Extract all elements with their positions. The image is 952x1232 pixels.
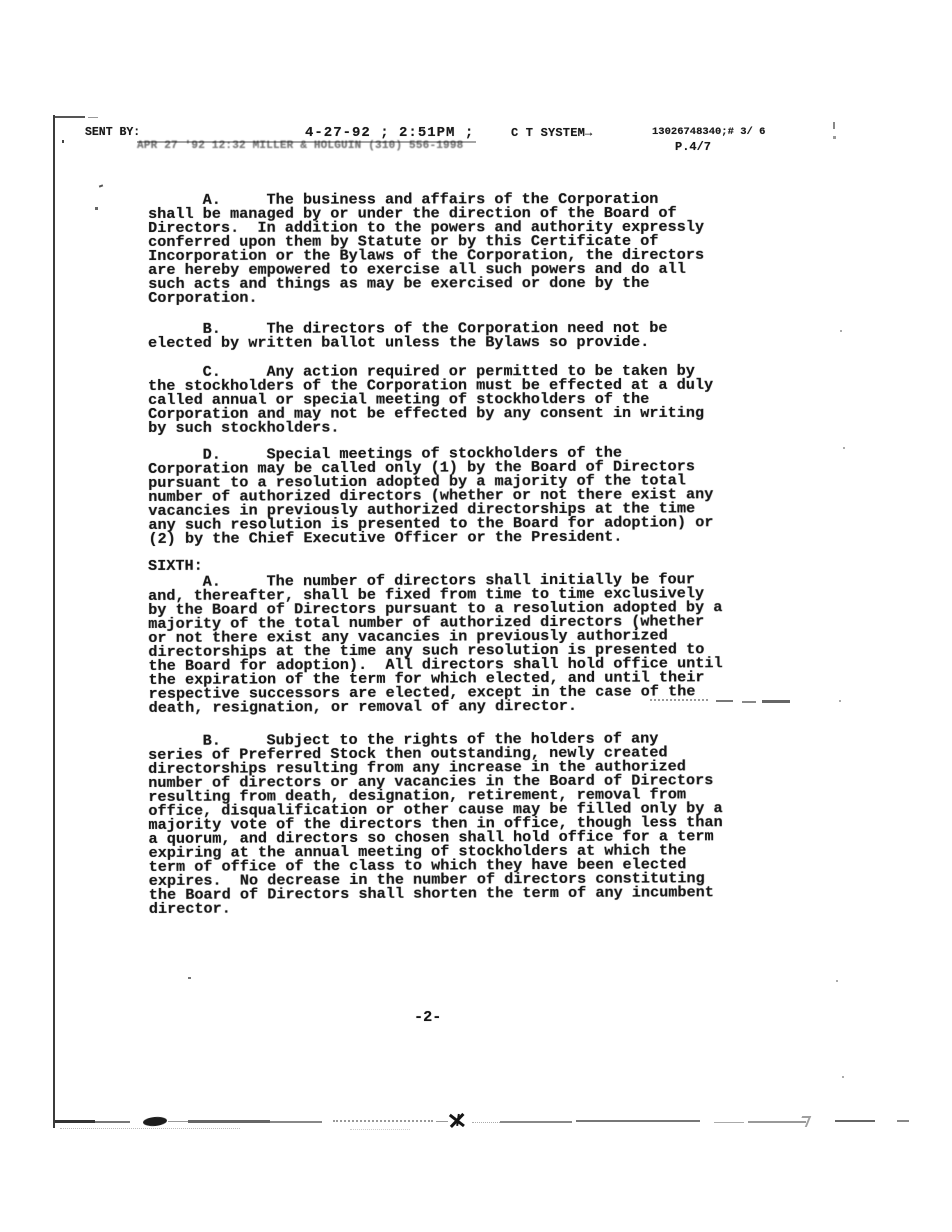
scan-speck [99,184,103,187]
article-sixth-heading: SIXTH: [148,559,203,573]
scan-bottom-line-segment [55,1120,95,1123]
scan-bottom-line-segment [95,1121,130,1123]
fax-sent-by-label: SENT BY: [85,126,140,139]
scan-bottom-line-segment [188,1120,270,1123]
paragraph-fifth-c: C. Any action required or permitted to b… [148,364,713,435]
scan-bottom-line-segment [714,1122,744,1123]
paragraph-sixth-b: B. Subject to the rights of the holders … [148,731,723,916]
paragraph-fifth-a: A. The business and affairs of the Corpo… [148,192,704,305]
ink-smudge-cross [448,1112,468,1128]
paragraph-fifth-b: B. The directors of the Corporation need… [148,321,668,350]
scan-dash-trail [742,701,756,703]
scan-speck [833,122,835,129]
scan-bottom-line-segment [576,1120,700,1122]
scan-left-edge-line [53,115,55,1128]
scan-speck [88,117,98,118]
paragraph-sixth-a: A. The number of directors shall initial… [148,572,723,715]
scan-dash-trail [650,699,708,701]
fax-number-page-count: 13026748340;# 3/ 6 [652,126,765,138]
scan-bottom-line-segment [835,1120,875,1122]
scan-speck [840,330,842,332]
ink-smudge [143,1116,168,1127]
scan-smear-line [137,141,476,143]
paragraph-fifth-d: D. Special meetings of stockholders of t… [148,445,714,546]
scan-speck [188,977,191,979]
scan-bottom-line-segment [436,1121,448,1122]
scan-speck [836,980,838,982]
scan-bottom-line-segment [472,1122,500,1123]
scan-speck [62,140,64,143]
scan-bottom-line-segment [168,1121,188,1122]
scan-speck [95,207,98,210]
fax-system-id: C T SYSTEM→ [511,126,592,140]
scan-bottom-line-segment [333,1120,433,1122]
scan-speck [798,1116,811,1127]
scan-speck [55,116,85,118]
scan-speck-row [350,1129,410,1130]
fax-page-indicator: P.4/7 [675,140,711,154]
scan-speck [843,447,845,449]
scan-speck [839,700,841,702]
scan-speck-row [60,1128,240,1129]
fax-document-page: SENT BY: 4-27-92 ; 2:51PM ; C T SYSTEM→ … [0,0,952,1232]
scan-bottom-line-segment [897,1120,909,1122]
scan-speck [842,1076,844,1078]
fax-datetime: 4-27-92 ; 2:51PM ; [305,125,474,141]
page-number: -2- [414,1008,441,1026]
scan-speck [833,136,836,139]
scan-bottom-line-segment [748,1121,806,1123]
scan-dash-trail [716,700,733,702]
scan-dash-trail [762,700,790,703]
scan-bottom-line-segment [500,1121,572,1123]
scan-bottom-line-segment [270,1121,322,1123]
